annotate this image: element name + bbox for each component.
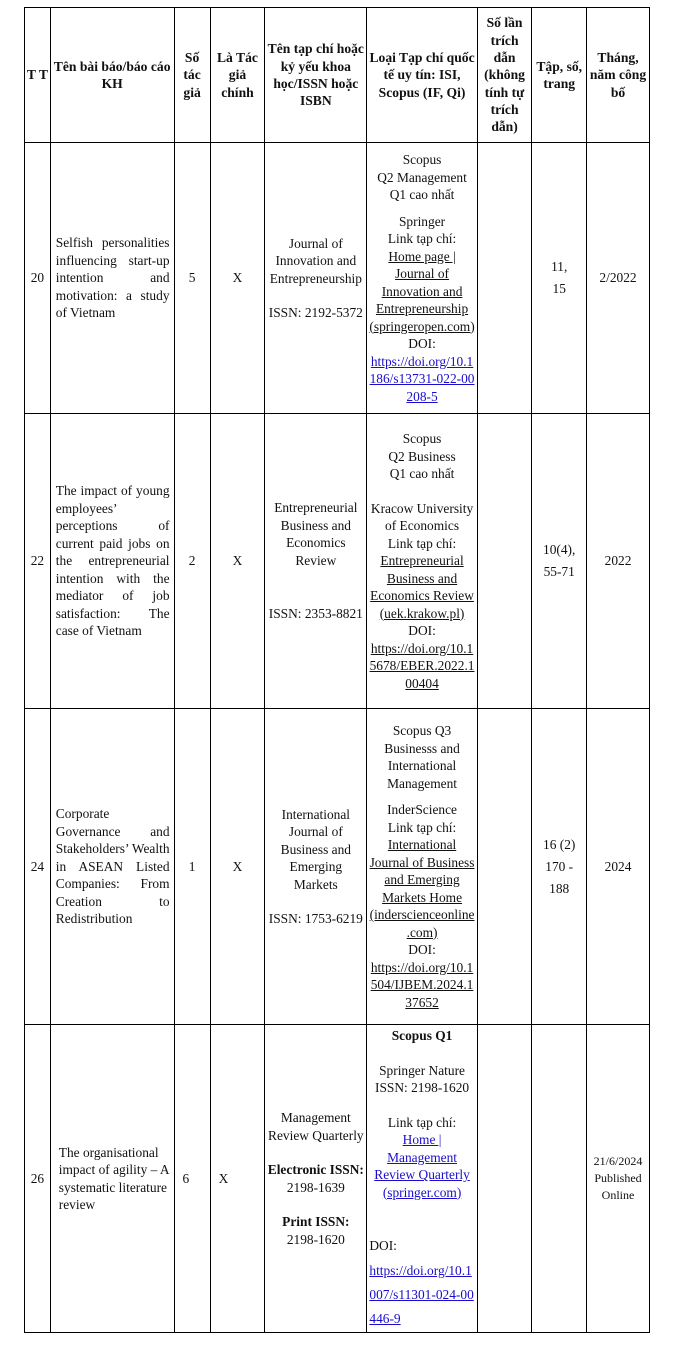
journal-homepage-link[interactable]: Home page | Journal of Innovation and En… — [369, 248, 474, 336]
pages-end: 188 — [534, 878, 584, 900]
publish-note: Published Online — [589, 1170, 647, 1204]
journal-name: Journal of Innovation and Entrepreneursh… — [267, 235, 364, 288]
row-number: 22 — [25, 414, 51, 709]
table-row: 24 Corporate Governance and Stakeholders… — [25, 709, 650, 1025]
publisher: Kracow University of Economics — [369, 500, 474, 535]
header-citations: Số lần trích dẫn (không tính tự trích dẫ… — [477, 8, 532, 143]
paper-title: Selfish personalities influencing start-… — [50, 143, 174, 414]
link-label: Link tạp chí: — [369, 535, 474, 553]
volume-number: 16 (2) — [534, 834, 584, 856]
doi-label: DOI: — [369, 335, 474, 353]
main-author-mark: X — [210, 1025, 265, 1333]
subject-category: Businesss and International Management — [369, 740, 474, 793]
header-volume: Tập, số, trang — [532, 8, 587, 143]
main-author-mark: X — [210, 709, 265, 1025]
doi-link[interactable]: https://doi.org/10.15678/EBER.2022.10040… — [369, 640, 474, 693]
journal-type-cell: Scopus Q3 Businesss and International Ma… — [367, 709, 477, 1025]
citations — [477, 709, 532, 1025]
citations — [477, 1025, 532, 1333]
link-label: Link tạp chí: — [369, 1114, 474, 1132]
doi-label: DOI: — [369, 1237, 474, 1255]
header-main-author: Là Tác giả chính — [210, 8, 265, 143]
journal-homepage-link[interactable]: International Journal of Business and Em… — [369, 836, 474, 941]
link-label: Link tạp chí: — [369, 230, 474, 248]
pissn-value: 2198-1620 — [267, 1231, 364, 1249]
best-quartile: Q1 cao nhất — [369, 465, 474, 483]
publisher: Springer — [369, 213, 474, 231]
best-quartile: Q1 cao nhất — [369, 186, 474, 204]
journal-issn: ISSN: 2192-5372 — [267, 304, 364, 322]
volume-number: 10(4), — [534, 539, 584, 561]
header-row: T T Tên bài báo/báo cáo KH Số tác giả Là… — [25, 8, 650, 143]
index-type: Scopus Q1 — [369, 1027, 474, 1045]
journal-homepage-link[interactable]: Entrepreneurial Business and Economics R… — [369, 552, 474, 622]
main-author-mark: X — [210, 143, 265, 414]
row-number: 20 — [25, 143, 51, 414]
journal-name: International Journal of Business and Em… — [267, 806, 364, 894]
paper-title: Corporate Governance and Stakeholders’ W… — [50, 709, 174, 1025]
publish-date: 21/6/2024 — [589, 1153, 647, 1170]
journal-type-cell: Scopus Q1 Springer Nature ISSN: 2198-162… — [367, 1025, 477, 1333]
header-title: Tên bài báo/báo cáo KH — [50, 8, 174, 143]
quartile-rank: Q2 Management — [369, 169, 474, 187]
journal-cell: Journal of Innovation and Entrepreneursh… — [265, 143, 367, 414]
issue-pages: 15 — [534, 278, 584, 300]
journal-cell: Entrepreneurial Business and Economics R… — [265, 414, 367, 709]
volume-cell — [532, 1025, 587, 1333]
table-row: 20 Selfish personalities influencing sta… — [25, 143, 650, 414]
publications-table: T T Tên bài báo/báo cáo KH Số tác giả Là… — [24, 7, 650, 1333]
num-authors: 6 — [174, 1025, 210, 1333]
header-num-authors: Số tác giả — [174, 8, 210, 143]
journal-name: Management Review Quarterly — [267, 1109, 364, 1144]
index-type: Scopus — [369, 430, 474, 448]
eissn-label: Electronic ISSN: — [268, 1162, 364, 1177]
pages-start: 170 - — [534, 856, 584, 878]
doi-link[interactable]: https://doi.org/10.1186/s13731-022-00208… — [369, 353, 474, 406]
header-tt: T T — [25, 8, 51, 143]
num-authors: 2 — [174, 414, 210, 709]
doi-label: DOI: — [369, 622, 474, 640]
journal-name: Entrepreneurial Business and Economics R… — [267, 499, 364, 569]
journal-cell: Management Review Quarterly Electronic I… — [265, 1025, 367, 1333]
pissn-label: Print ISSN: — [267, 1213, 364, 1231]
journal-homepage-link[interactable]: Home | Management Review Quarterly (spri… — [369, 1131, 474, 1201]
volume-cell: 11, 15 — [532, 143, 587, 414]
publish-date: 2024 — [587, 709, 650, 1025]
index-type: Scopus — [369, 151, 474, 169]
publish-date: 2/2022 — [587, 143, 650, 414]
quartile-rank: Q2 Business — [369, 448, 474, 466]
index-type: Scopus Q3 — [369, 722, 474, 740]
paper-title: The impact of young employees’ perceptio… — [50, 414, 174, 709]
doi-link[interactable]: https://doi.org/10.1007/s11301-024-00446… — [369, 1255, 474, 1331]
journal-issn: ISSN: 2353-8821 — [267, 605, 364, 623]
main-author-mark: X — [210, 414, 265, 709]
header-journal-type: Loại Tạp chí quốc tế uy tín: ISI, Scopus… — [367, 8, 477, 143]
table-row: 22 The impact of young employees’ percep… — [25, 414, 650, 709]
paper-title: The organisational impact of agility – A… — [50, 1025, 174, 1333]
num-authors: 1 — [174, 709, 210, 1025]
publisher-issn: ISSN: 2198-1620 — [369, 1079, 474, 1097]
row-number: 24 — [25, 709, 51, 1025]
row-number: 26 — [25, 1025, 51, 1333]
citations — [477, 414, 532, 709]
journal-cell: International Journal of Business and Em… — [265, 709, 367, 1025]
doi-link[interactable]: https://doi.org/10.1504/IJBEM.2024.13765… — [369, 959, 474, 1012]
publisher: InderScience — [369, 801, 474, 819]
num-authors: 5 — [174, 143, 210, 414]
volume-cell: 16 (2) 170 - 188 — [532, 709, 587, 1025]
doi-label: DOI: — [369, 941, 474, 959]
table-row: 26 The organisational impact of agility … — [25, 1025, 650, 1333]
header-date: Tháng, năm công bố — [587, 8, 650, 143]
journal-type-cell: Scopus Q2 Business Q1 cao nhất Kracow Un… — [367, 414, 477, 709]
publisher: Springer Nature — [369, 1062, 474, 1080]
volume-number: 11, — [534, 256, 584, 278]
eissn-value: 2198-1639 — [287, 1180, 345, 1195]
link-label: Link tạp chí: — [369, 819, 474, 837]
volume-cell: 10(4), 55-71 — [532, 414, 587, 709]
journal-issn: ISSN: 1753-6219 — [267, 910, 364, 928]
journal-type-cell: Scopus Q2 Management Q1 cao nhất Springe… — [367, 143, 477, 414]
publish-date-cell: 21/6/2024 Published Online — [587, 1025, 650, 1333]
citations — [477, 143, 532, 414]
publish-date: 2022 — [587, 414, 650, 709]
header-journal: Tên tạp chí hoặc kỷ yếu khoa học/ISSN ho… — [265, 8, 367, 143]
issue-pages: 55-71 — [534, 561, 584, 583]
